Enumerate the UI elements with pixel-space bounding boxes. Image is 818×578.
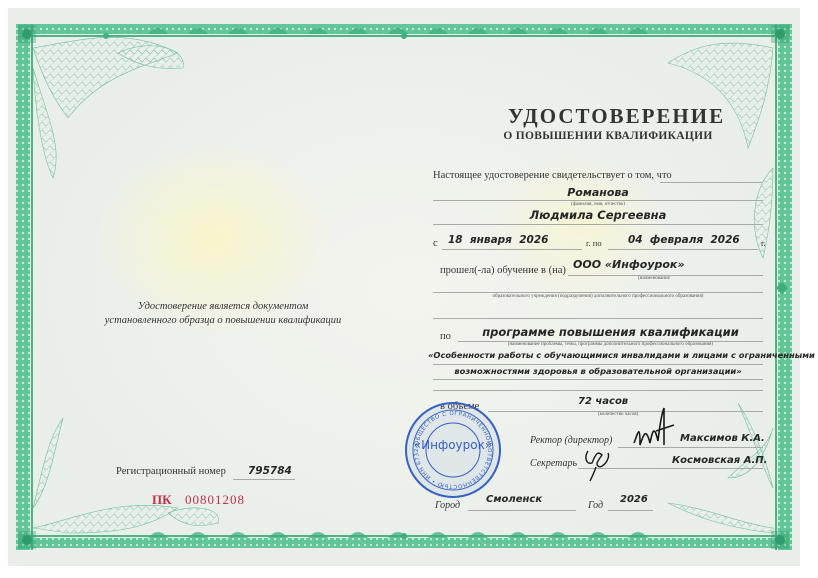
intro-text: Настоящее удостоверение свидетельствует … — [433, 170, 672, 181]
series-label: ПК — [152, 492, 172, 508]
validity-note: Удостоверение является документом устано… — [103, 300, 343, 328]
secretary-label: Секретарь — [530, 458, 577, 469]
validity-note-line1: Удостоверение является документом — [103, 300, 343, 314]
fio-caption: (фамилия, имя, отчество) — [428, 202, 768, 207]
city-label: Город — [435, 500, 460, 511]
document-subtitle: О ПОВЫШЕНИИ КВАЛИФИКАЦИИ — [488, 130, 728, 142]
organization-stamp: ОБЩЕСТВО С ОГРАНИЧЕННОЙ ОТВЕТСТВЕННОСТЬЮ… — [403, 400, 503, 500]
institution-line-2 — [433, 280, 763, 293]
date-to-value: 04 февраля 2026 — [628, 234, 740, 246]
reg-number-value: 795784 — [248, 465, 292, 477]
year-label: Год — [588, 500, 603, 511]
date-from-value: 18 января 2026 — [448, 234, 548, 246]
completed-label: прошел(-ла) обучение в (на) — [440, 265, 566, 276]
reg-number-label: Регистрационный номер — [116, 466, 226, 477]
institution-value: ООО «Инфоурок» — [573, 258, 685, 271]
secretary-name: Космовская А.П. — [672, 455, 767, 466]
program-title-line2: возможностями здоровья в образовательной… — [428, 366, 768, 376]
blank-line — [433, 308, 763, 319]
date-from-prefix: с — [433, 238, 438, 249]
program-title-line1: «Особенности работы с обучающимися инвал… — [428, 350, 768, 360]
program-line-3 — [433, 382, 763, 391]
validity-note-line2: установленного образца о повышении квали… — [103, 314, 343, 328]
document-title: УДОСТОВЕРЕНИЕ — [508, 104, 708, 129]
name-patronymic-value: Людмила Сергеевна — [433, 208, 763, 222]
stamp-center-text: «Инфоурок» — [413, 438, 493, 452]
rector-signature — [628, 403, 678, 453]
by-label: по — [440, 331, 451, 342]
serial-number: 00801208 — [185, 492, 245, 508]
date-to-label: г. по — [586, 238, 602, 248]
program-type-value: программе повышения квалификации — [458, 325, 763, 339]
hours-value: 72 часов — [578, 396, 628, 407]
rector-name: Максимов К.А. — [680, 433, 765, 444]
date-year-suffix: г. — [761, 238, 766, 248]
institution-caption-2: образовательного учреждения (подразделен… — [433, 294, 763, 299]
year-value: 2026 — [620, 494, 648, 505]
secretary-signature — [580, 443, 616, 483]
intro-line — [660, 172, 763, 183]
program-caption: (наименование проблемы, темы, программы … — [458, 342, 763, 347]
certificate-sheet: Удостоверение является документом устано… — [8, 8, 800, 566]
surname-value: Романова — [433, 186, 763, 199]
